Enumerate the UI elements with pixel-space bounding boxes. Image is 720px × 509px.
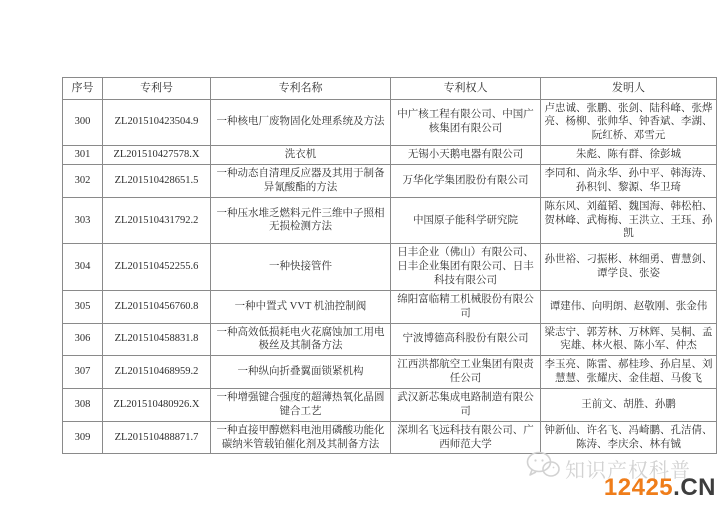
patentee-cell: 万华化学集团股份有限公司: [391, 164, 541, 197]
patent-name-cell: 一种核电厂废物固化处理系统及方法: [211, 99, 391, 146]
watermark-site: 12425.CN: [526, 474, 716, 502]
column-header-patent-name: 专利名称: [211, 78, 391, 100]
patent-number-cell: ZL201510428651.5: [103, 164, 211, 197]
serial-cell: 304: [63, 244, 103, 291]
inventors-cell: 谭建伟、向明朗、赵敬刚、张金伟: [541, 290, 717, 323]
column-header-patentee: 专利权人: [391, 78, 541, 100]
inventors-cell: 李同和、尚永华、孙中平、韩海涛、孙积钊、黎源、华卫琦: [541, 164, 717, 197]
patentee-cell: 江西洪都航空工业集团有限责任公司: [391, 356, 541, 389]
patent-name-cell: 一种快接管件: [211, 244, 391, 291]
patentee-cell: 中广核工程有限公司、中国广核集团有限公司: [391, 99, 541, 146]
column-header-patent-number: 专利号: [103, 78, 211, 100]
inventors-cell: 钟新仙、许名飞、冯崎鹏、孔洁倩、陈涛、李庆余、林有铖: [541, 421, 717, 454]
patent-number-cell: ZL201510480926.X: [103, 388, 211, 421]
table-row: 304 ZL201510452255.6 一种快接管件 日丰企业（佛山）有限公司…: [63, 244, 717, 291]
column-header-serial: 序号: [63, 78, 103, 100]
patent-table: 序号 专利号 专利名称 专利权人 发明人 300 ZL201510423504.…: [62, 77, 717, 454]
patent-name-cell: 一种增强键合强度的超薄热氧化晶圆键合工艺: [211, 388, 391, 421]
inventors-cell: 卢忠诚、张鹏、张剑、陆科峰、张烨亮、杨柳、张帅华、钟香斌、李湖、阮红桥、邓雪元: [541, 99, 717, 146]
table-row: 308 ZL201510480926.X 一种增强键合强度的超薄热氧化晶圆键合工…: [63, 388, 717, 421]
patentee-cell: 日丰企业（佛山）有限公司、日丰企业集团有限公司、日丰科技有限公司: [391, 244, 541, 291]
patent-name-cell: 洗衣机: [211, 146, 391, 165]
patentee-cell: 绵阳富临精工机械股份有限公司: [391, 290, 541, 323]
patent-number-cell: ZL201510488871.7: [103, 421, 211, 454]
patentee-cell: 中国原子能科学研究院: [391, 197, 541, 244]
table-row: 305 ZL201510456760.8 一种中置式 VVT 机油控制阀 绵阳富…: [63, 290, 717, 323]
table-row: 302 ZL201510428651.5 一种动态自清理反应器及其用于制备异氰酸…: [63, 164, 717, 197]
serial-cell: 301: [63, 146, 103, 165]
watermark: 知识产权科普 12425.CN: [526, 451, 716, 501]
serial-cell: 302: [63, 164, 103, 197]
patent-name-cell: 一种高效低损耗电火花腐蚀加工用电极丝及其制备方法: [211, 323, 391, 356]
patent-name-cell: 一种压水堆乏燃料元件三维中子照相无损检测方法: [211, 197, 391, 244]
serial-cell: 308: [63, 388, 103, 421]
table-row: 300 ZL201510423504.9 一种核电厂废物固化处理系统及方法 中广…: [63, 99, 717, 146]
document-page: 序号 专利号 专利名称 专利权人 发明人 300 ZL201510423504.…: [0, 0, 720, 509]
patent-number-cell: ZL201510458831.8: [103, 323, 211, 356]
table-row: 309 ZL201510488871.7 一种直接甲醇燃料电池用磷酸功能化碳纳米…: [63, 421, 717, 454]
table-row: 303 ZL201510431792.2 一种压水堆乏燃料元件三维中子照相无损检…: [63, 197, 717, 244]
serial-cell: 303: [63, 197, 103, 244]
patent-number-cell: ZL201510468959.2: [103, 356, 211, 389]
table-row: 306 ZL201510458831.8 一种高效低损耗电火花腐蚀加工用电极丝及…: [63, 323, 717, 356]
serial-cell: 300: [63, 99, 103, 146]
serial-cell: 305: [63, 290, 103, 323]
watermark-site-number: 12425: [604, 474, 673, 501]
serial-cell: 307: [63, 356, 103, 389]
inventors-cell: 陈东风、刘蕴韬、魏国海、韩松柏、贺林峰、武梅梅、王洪立、王珏、孙凯: [541, 197, 717, 244]
patent-name-cell: 一种直接甲醇燃料电池用磷酸功能化碳纳米管载铂催化剂及其制备方法: [211, 421, 391, 454]
inventors-cell: 王前文、胡胜、孙鹏: [541, 388, 717, 421]
patentee-cell: 深圳名飞远科技有限公司、广西师范大学: [391, 421, 541, 454]
inventors-cell: 梁志宁、郭芳林、万林辉、吴桐、孟宪雄、林火根、陈小军、仲杰: [541, 323, 717, 356]
table-row: 307 ZL201510468959.2 一种纵向折叠翼面锁紧机构 江西洪都航空…: [63, 356, 717, 389]
patentee-cell: 无锡小天鹅电器有限公司: [391, 146, 541, 165]
patent-number-cell: ZL201510427578.X: [103, 146, 211, 165]
patent-number-cell: ZL201510423504.9: [103, 99, 211, 146]
serial-cell: 309: [63, 421, 103, 454]
watermark-site-tld: .CN: [673, 474, 716, 501]
patentee-cell: 宁波博德高科股份有限公司: [391, 323, 541, 356]
patent-name-cell: 一种动态自清理反应器及其用于制备异氰酸酯的方法: [211, 164, 391, 197]
serial-cell: 306: [63, 323, 103, 356]
patentee-cell: 武汉新芯集成电路制造有限公司: [391, 388, 541, 421]
patent-number-cell: ZL201510431792.2: [103, 197, 211, 244]
patent-name-cell: 一种中置式 VVT 机油控制阀: [211, 290, 391, 323]
column-header-inventors: 发明人: [541, 78, 717, 100]
inventors-cell: 孙世裕、刁振彬、林细勇、曹慧剑、谭学良、张姿: [541, 244, 717, 291]
inventors-cell: 李玉亮、陈雷、郝桂珍、孙启星、刘慧慧、张耀庆、金佳超、马俊飞: [541, 356, 717, 389]
table-header-row: 序号 专利号 专利名称 专利权人 发明人: [63, 78, 717, 100]
inventors-cell: 朱彪、陈有群、徐彭城: [541, 146, 717, 165]
table-row: 301 ZL201510427578.X 洗衣机 无锡小天鹅电器有限公司 朱彪、…: [63, 146, 717, 165]
patent-number-cell: ZL201510456760.8: [103, 290, 211, 323]
patent-name-cell: 一种纵向折叠翼面锁紧机构: [211, 356, 391, 389]
patent-number-cell: ZL201510452255.6: [103, 244, 211, 291]
